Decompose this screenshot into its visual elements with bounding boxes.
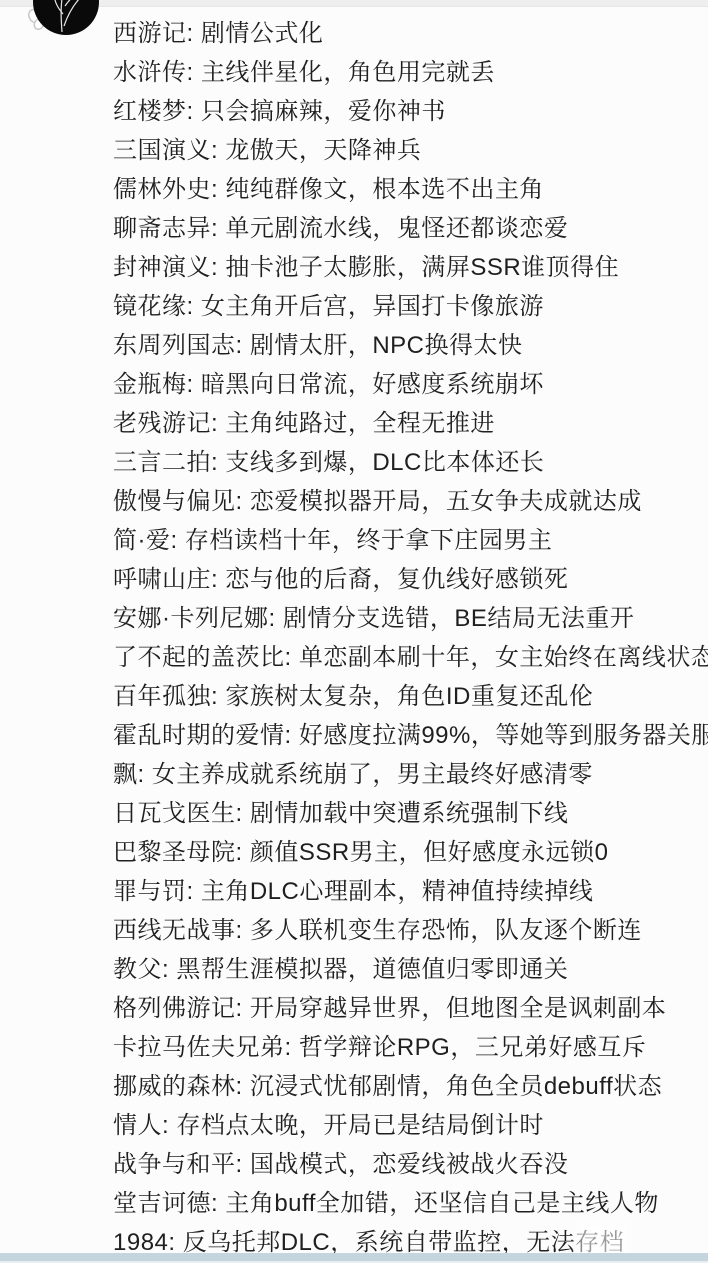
message-line: 教父: 黑帮生涯模拟器，道德值归零即通关 xyxy=(113,950,703,989)
message-line: 三言二拍: 支线多到爆，DLC比本体还长 xyxy=(113,443,703,482)
message-line: 西线无战事: 多人联机变生存恐怖，队友逐个断连 xyxy=(113,911,703,950)
message-line: 百年孤独: 家族树太复杂，角色ID重复还乱伦 xyxy=(113,677,703,716)
message-line: 儒林外史: 纯纯群像文，根本选不出主角 xyxy=(113,170,703,209)
message-line: 情人: 存档点太晚，开局已是结局倒计时 xyxy=(113,1106,703,1145)
message-line: 巴黎圣母院: 颜值SSR男主，但好感度永远锁0 xyxy=(113,833,703,872)
message-line: 三国演义: 龙傲天，天降神兵 xyxy=(113,131,703,170)
bottom-edge-bar xyxy=(0,1253,708,1263)
message-line: 聊斋志异: 单元剧流水线，鬼怪还都谈恋爱 xyxy=(113,209,703,248)
message-line: 卡拉马佐夫兄弟: 哲学辩论RPG，三兄弟好感互斥 xyxy=(113,1028,703,1067)
message-line: 老残游记: 主角纯路过，全程无推进 xyxy=(113,404,703,443)
message-line: 金瓶梅: 暗黑向日常流，好感度系统崩坏 xyxy=(113,365,703,404)
message-line: 简·爱: 存档读档十年，终于拿下庄园男主 xyxy=(113,521,703,560)
message-line: 挪威的森林: 沉浸式忧郁剧情，角色全员debuff状态 xyxy=(113,1067,703,1106)
message-line: 堂吉诃德: 主角buff全加错，还坚信自己是主线人物 xyxy=(113,1184,703,1223)
message-line: 了不起的盖茨比: 单恋副本刷十年，女主始终在离线状态 xyxy=(113,638,703,677)
message-line: 格列佛游记: 开局穿越异世界，但地图全是讽刺副本 xyxy=(113,989,703,1028)
message-line: 呼啸山庄: 恋与他的后裔，复仇线好感锁死 xyxy=(113,560,703,599)
message-line: 罪与罚: 主角DLC心理副本，精神值持续掉线 xyxy=(113,872,703,911)
message-line: 红楼梦: 只会搞麻辣，爱你神书 xyxy=(113,92,703,131)
message-line: 镜花缘: 女主角开后宫，异国打卡像旅游 xyxy=(113,287,703,326)
message-line: 安娜·卡列尼娜: 剧情分支选错，BE结局无法重开 xyxy=(113,599,703,638)
message-line: 霍乱时期的爱情: 好感度拉满99%，等她等到服务器关服 xyxy=(113,716,703,755)
message-text-block: 西游记: 剧情公式化水浒传: 主线伴星化，角色用完就丢红楼梦: 只会搞麻辣，爱你… xyxy=(113,14,703,1262)
message-line: 西游记: 剧情公式化 xyxy=(113,14,703,53)
message-line: 东周列国志: 剧情太肝，NPC换得太快 xyxy=(113,326,703,365)
message-line: 日瓦戈医生: 剧情加载中突遭系统强制下线 xyxy=(113,794,703,833)
message-line: 水浒传: 主线伴星化，角色用完就丢 xyxy=(113,53,703,92)
plant-sketch-icon xyxy=(24,0,108,40)
message-line: 傲慢与偏见: 恋爱模拟器开局，五女争夫成就达成 xyxy=(113,482,703,521)
message-line: 飘: 女主养成就系统崩了，男主最终好感清零 xyxy=(113,755,703,794)
message-line: 战争与和平: 国战模式，恋爱线被战火吞没 xyxy=(113,1145,703,1184)
message-line: 封神演义: 抽卡池子太膨胀，满屏SSR谁顶得住 xyxy=(113,248,703,287)
user-avatar[interactable] xyxy=(24,0,108,40)
